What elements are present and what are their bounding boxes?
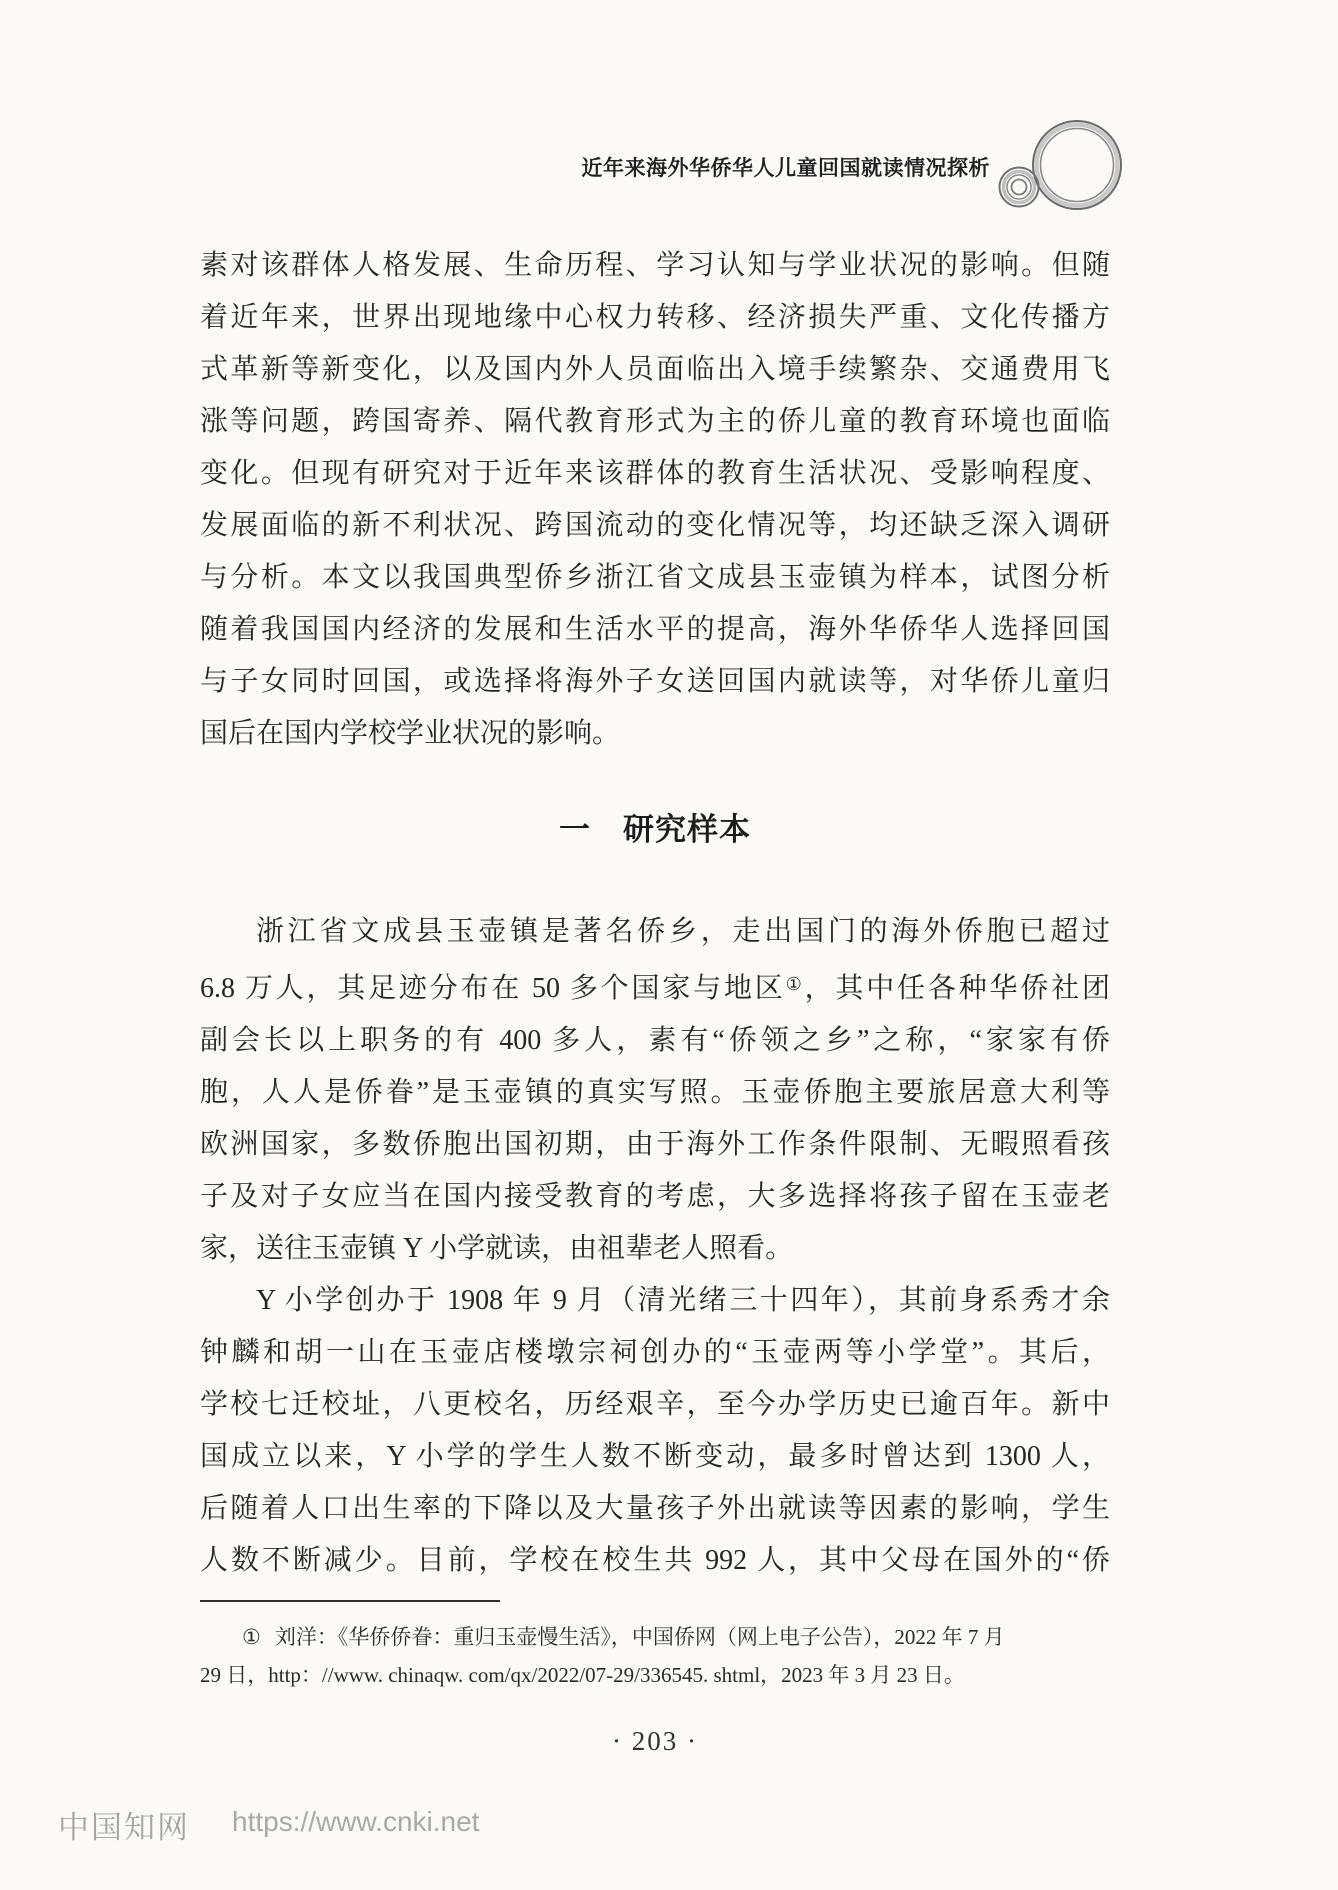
body-line: Y 小学创办于 1908 年 9 月（清光绪三十四年），其前身系秀才余 bbox=[200, 1275, 1110, 1327]
running-header-title: 近年来海外华侨华人儿童回国就读情况探析 bbox=[582, 152, 991, 182]
body-line: 变化。但现有研究对于近年来该群体的教育生活状况、受影响程度、 bbox=[200, 448, 1110, 500]
footnote-marker: ① bbox=[242, 1625, 261, 1649]
body-line: 欧洲国家，多数侨胞出国初期，由于海外工作条件限制、无暇照看孩 bbox=[200, 1119, 1110, 1171]
body-line: 国后在国内学校学业状况的影响。 bbox=[200, 708, 1110, 760]
body-line: 随着我国国内经济的发展和生活水平的提高，海外华侨华人选择回国 bbox=[200, 604, 1110, 656]
body-line: 人数不断减少。目前，学校在校生共 992 人，其中父母在国外的“侨 bbox=[200, 1535, 1110, 1587]
paragraph-research-sample-town: 浙江省文成县玉壶镇是著名侨乡，走出国门的海外侨胞已超过 6.8 万人，其足迹分布… bbox=[200, 906, 1110, 1275]
paragraph-school-history: Y 小学创办于 1908 年 9 月（清光绪三十四年），其前身系秀才余 钟麟和胡… bbox=[200, 1275, 1110, 1587]
document-page: 近年来海外华侨华人儿童回国就读情况探析 素对该群体人格发展、生命历程、学习认知与… bbox=[0, 0, 1338, 1890]
body-line: 着近年来，世界出现地缘中心权力转移、经济损失严重、文化传播方 bbox=[200, 292, 1110, 344]
cnki-watermark-url: https://www.cnki.net bbox=[232, 1806, 479, 1838]
body-line: 式革新等新变化，以及国内外人员面临出入境手续繁杂、交通费用飞 bbox=[200, 344, 1110, 396]
footnote-reference-mark: ① bbox=[786, 974, 805, 994]
line-text: 6.8 万人，其足迹分布在 50 多个国家与地区 bbox=[200, 973, 786, 1004]
paragraph-continuation: 素对该群体人格发展、生命历程、学习认知与学业状况的影响。但随 着近年来，世界出现… bbox=[200, 240, 1110, 760]
body-line: 素对该群体人格发展、生命历程、学习认知与学业状况的影响。但随 bbox=[200, 240, 1110, 292]
body-line-with-footnote-ref: 6.8 万人，其足迹分布在 50 多个国家与地区①，其中任各种华侨社团 bbox=[200, 958, 1110, 1015]
body-line: 与子女同时回国，或选择将海外子女送回国内就读等，对华侨儿童归 bbox=[200, 656, 1110, 708]
body-line: 副会长以上职务的有 400 多人，素有“侨领之乡”之称，“家家有侨 bbox=[200, 1015, 1110, 1067]
footnote-line: ①刘洋：《华侨侨眷：重归玉壶慢生活》，中国侨网（网上电子公告），2022 年 7… bbox=[200, 1618, 1110, 1656]
page-number: · 203 · bbox=[200, 1726, 1110, 1757]
body-line: 国成立以来，Y 小学的学生人数不断变动，最多时曾达到 1300 人， bbox=[200, 1431, 1110, 1483]
body-line: 涨等问题，跨国寄养、隔代教育形式为主的侨儿童的教育环境也面临 bbox=[200, 396, 1110, 448]
page-body: 素对该群体人格发展、生命历程、学习认知与学业状况的影响。但随 着近年来，世界出现… bbox=[200, 240, 1110, 1587]
journal-circles-logo-icon bbox=[995, 115, 1130, 215]
body-line: 家，送往玉壶镇 Y 小学就读，由祖辈老人照看。 bbox=[200, 1223, 1110, 1275]
body-line: 胞，人人是侨眷”是玉壶镇的真实写照。玉壶侨胞主要旅居意大利等 bbox=[200, 1067, 1110, 1119]
body-line: 与分析。本文以我国典型侨乡浙江省文成县玉壶镇为样本，试图分析 bbox=[200, 552, 1110, 604]
footnote-block: ①刘洋：《华侨侨眷：重归玉壶慢生活》，中国侨网（网上电子公告），2022 年 7… bbox=[200, 1600, 1110, 1694]
footnote-divider bbox=[200, 1600, 500, 1602]
cnki-watermark-brand: 中国知网 bbox=[58, 1802, 190, 1847]
footnote-line: 29 日，http：//www. chinaqw. com/qx/2022/07… bbox=[200, 1656, 1110, 1694]
body-line: 发展面临的新不利状况、跨国流动的变化情况等，均还缺乏深入调研 bbox=[200, 500, 1110, 552]
body-line: 子及对子女应当在国内接受教育的考虑，大多选择将孩子留在玉壶老 bbox=[200, 1171, 1110, 1223]
line-text: ，其中任各种华侨社团 bbox=[805, 973, 1110, 1004]
body-line: 钟麟和胡一山在玉壶店楼墩宗祠创办的“玉壶两等小学堂”。其后， bbox=[200, 1327, 1110, 1379]
body-line: 浙江省文成县玉壶镇是著名侨乡，走出国门的海外侨胞已超过 bbox=[200, 906, 1110, 958]
body-line: 后随着人口出生率的下降以及大量孩子外出就读等因素的影响，学生 bbox=[200, 1483, 1110, 1535]
footnote-text: 刘洋：《华侨侨眷：重归玉壶慢生活》，中国侨网（网上电子公告），2022 年 7 … bbox=[275, 1625, 1005, 1649]
body-line: 学校七迁校址，八更校名，历经艰辛，至今办学历史已逾百年。新中 bbox=[200, 1379, 1110, 1431]
section-heading: 一 研究样本 bbox=[200, 804, 1110, 856]
